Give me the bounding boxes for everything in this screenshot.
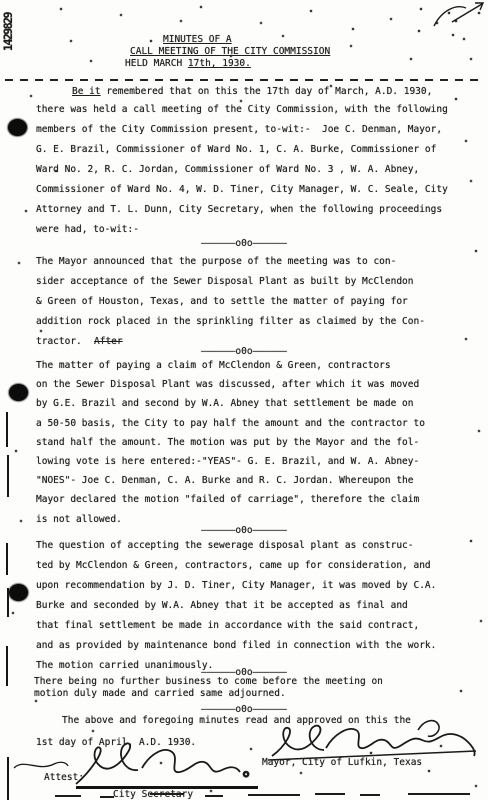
paragraph-3: The matter of paying a claim of McClendo…	[36, 360, 425, 533]
paragraph-1-first-line: Be it remembered that on this the 17th d…	[72, 86, 432, 97]
scan-noise	[0, 0, 2, 2]
text-line: ted by McClendon & Green, contractors, c…	[36, 560, 436, 580]
dashed-divider	[5, 79, 482, 81]
paragraph-5: There being no further business to come …	[34, 676, 383, 701]
text-line: on the Sewer Disposal Plant was discusse…	[36, 379, 425, 398]
text-line: lowing vote is here entered:-"YEAS"- G. …	[36, 456, 425, 475]
title-line-3: HELD MARCH 17th, 1930.	[125, 58, 251, 69]
scan-edge-artifact	[6, 646, 8, 686]
text-line: There being no further business to come …	[34, 676, 383, 688]
section-separator: ——————o0o——————	[0, 238, 488, 249]
text-line: Mayor declared the motion "failed of car…	[36, 494, 425, 513]
text-line: Burke and seconded by W.A. Abney that it…	[36, 600, 436, 620]
pen-mark-top-right-icon	[428, 0, 488, 34]
scan-edge-artifact	[360, 794, 380, 796]
scan-edge-artifact	[315, 793, 345, 795]
text-line: G. E. Brazil, Commissioner of Ward No. 1…	[36, 144, 448, 164]
title-line-1: MINUTES OF A	[163, 34, 232, 45]
scan-edge-artifact	[7, 757, 9, 800]
text-line: sider acceptance of the Sewer Disposal P…	[36, 276, 425, 296]
scan-edge-artifact	[150, 793, 184, 795]
text-line: that final settlement be made in accorda…	[36, 620, 436, 640]
text-line: members of the City Commission present, …	[36, 124, 448, 144]
text-line: a 50-50 basis, the City to pay half the …	[36, 418, 425, 437]
punch-hole-3	[9, 584, 28, 601]
text-line: The matter of paying a claim of McClendo…	[36, 360, 425, 379]
mayor-title-label: Mayor, City of Lufkin, Texas	[262, 757, 422, 768]
section-separator: ——————o0o——————	[0, 346, 488, 357]
secretary-signature	[70, 738, 266, 790]
scan-edge-artifact	[7, 588, 9, 617]
text-line: and as provided by maintenance bond file…	[36, 640, 436, 660]
text-line: The Mayor announced that the purpose of …	[36, 256, 425, 276]
punch-hole-2	[9, 384, 28, 401]
docket-number: 1429829	[3, 13, 14, 51]
section-separator: ——————o0o——————	[0, 704, 488, 715]
text-line: there was held a call meeting of the Cit…	[36, 104, 448, 124]
text-line: addition rock placed in the sprinkling f…	[36, 316, 425, 336]
scan-edge-artifact	[248, 794, 300, 796]
title-line-2: CALL MEETING OF THE CITY COMMISSION	[130, 46, 330, 57]
title-date: 17th, 1930.	[188, 58, 251, 69]
text-line: "NOES"- Joe C. Denman, C. A. Burke and R…	[36, 475, 425, 494]
pen-mark-bottom-left-icon	[12, 752, 70, 778]
paragraph-1: there was held a call meeting of the Cit…	[36, 104, 448, 244]
text-line: stand half the amount. The motion was pu…	[36, 437, 425, 456]
text-line: Commissioner of Ward No. 4, W. D. Tiner,…	[36, 184, 448, 204]
scan-edge-artifact	[408, 793, 470, 795]
scan-edge-artifact	[205, 795, 223, 797]
text-line: upon recommendation by J. D. Tiner, City…	[36, 580, 436, 600]
scan-edge-artifact	[55, 795, 81, 797]
scan-edge-artifact	[6, 412, 8, 447]
section-separator: ——————o0o——————	[0, 525, 488, 536]
scan-edge-artifact	[6, 543, 8, 575]
text-line: & Green of Houston, Texas, and to settle…	[36, 296, 425, 316]
docket-number-stamp: 1429829	[3, 13, 20, 89]
scan-edge-artifact	[100, 796, 114, 798]
text-line: motion duly made and carried same adjour…	[34, 688, 383, 700]
text-line: Attorney and T. L. Dunn, City Secretary,…	[36, 204, 448, 224]
text-line: The question of accepting the sewerage d…	[36, 540, 436, 560]
scan-edge-artifact	[7, 455, 9, 497]
paragraph-4: The question of accepting the sewerage d…	[36, 540, 436, 680]
text-line: by G.E. Brazil and second by W.A. Abney …	[36, 398, 425, 417]
punch-hole-1	[8, 119, 27, 136]
text-line: Ward No. 2, R. C. Jordan, Commissioner o…	[36, 164, 448, 184]
scanned-document-page: 1429829 MINUTES OF A CALL MEETING OF THE…	[0, 0, 488, 800]
